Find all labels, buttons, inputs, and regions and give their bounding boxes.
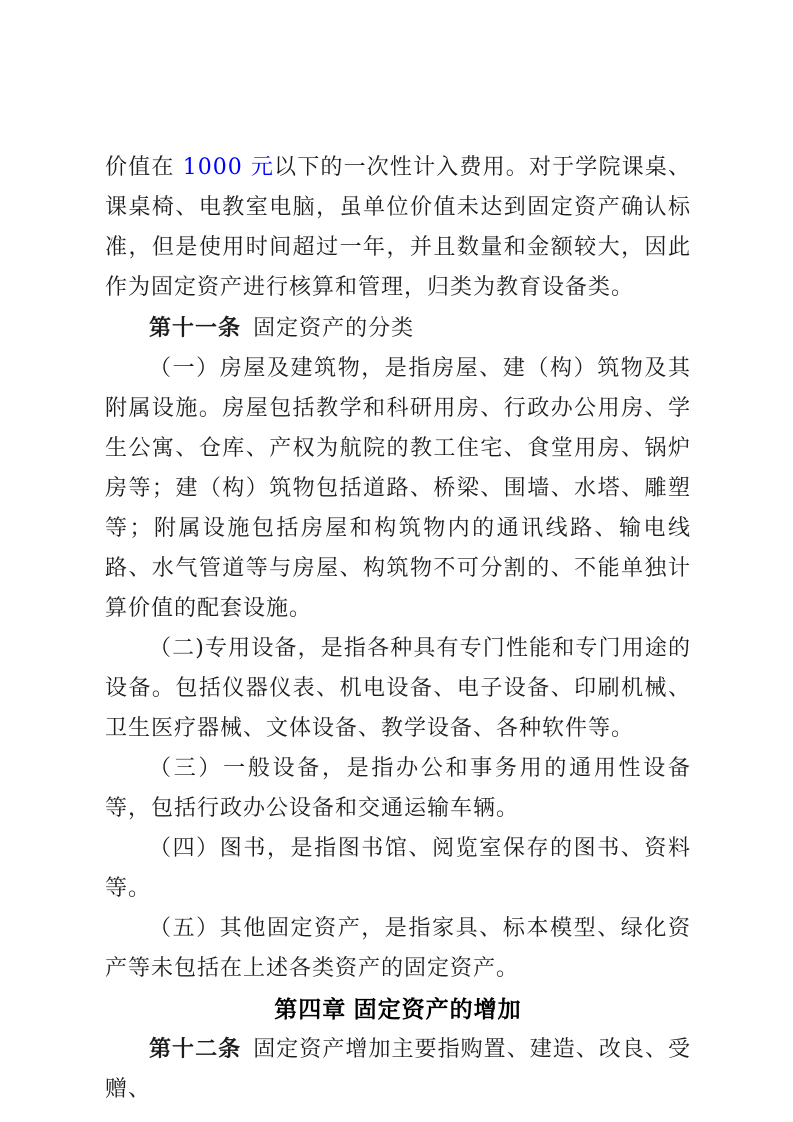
opening-paragraph-pre: 价值在 [105, 155, 183, 180]
document-body: 价值在 1000 元以下的一次性计入费用。对于学院课桌、课桌椅、电教室电脑，虽单… [105, 148, 691, 1110]
classification-item-4: （四）图书，是指图书馆、阅览室保存的图书、资料等。 [105, 829, 691, 909]
opening-paragraph: 价值在 1000 元以下的一次性计入费用。对于学院课桌、课桌椅、电教室电脑，虽单… [105, 148, 691, 308]
classification-item-5-text: （五）其他固定资产，是指家具、标本模型、绿化资产等未包括在上述各类资产的固定资产… [105, 916, 691, 981]
classification-item-1: （一）房屋及建筑物，是指房屋、建（构）筑物及其附属设施。房屋包括教学和科研用房、… [105, 349, 691, 629]
article-11-title: 固定资产的分类 [253, 316, 414, 341]
chapter-4-heading: 第四章 固定资产的增加 [105, 989, 691, 1029]
classification-item-1-text: （一）房屋及建筑物，是指房屋、建（构）筑物及其附属设施。房屋包括教学和科研用房、… [105, 356, 691, 621]
document-page: 价值在 1000 元以下的一次性计入费用。对于学院课桌、课桌椅、电教室电脑，虽单… [0, 0, 793, 1122]
article-12-paragraph: 第十二条固定资产增加主要指购置、建造、改良、受赠、 [105, 1029, 691, 1110]
classification-item-5: （五）其他固定资产，是指家具、标本模型、绿化资产等未包括在上述各类资产的固定资产… [105, 909, 691, 989]
article-12-label: 第十二条 [149, 1036, 241, 1061]
classification-item-2: （二)专用设备，是指各种具有专门性能和专门用途的设备。包括仪器仪表、机电设备、电… [105, 629, 691, 749]
article-11-heading: 第十一条固定资产的分类 [105, 308, 691, 349]
classification-item-3: （三）一般设备，是指办公和事务用的通用性设备等，包括行政办公设备和交通运输车辆。 [105, 749, 691, 829]
classification-item-2-text: （二)专用设备，是指各种具有专门性能和专门用途的设备。包括仪器仪表、机电设备、电… [105, 636, 691, 741]
article-11-label: 第十一条 [149, 315, 241, 340]
classification-item-4-text: （四）图书，是指图书馆、阅览室保存的图书、资料等。 [105, 836, 691, 901]
threshold-value-highlight: 1000 元 [183, 155, 274, 180]
classification-item-3-text: （三）一般设备，是指办公和事务用的通用性设备等，包括行政办公设备和交通运输车辆。 [105, 756, 691, 821]
